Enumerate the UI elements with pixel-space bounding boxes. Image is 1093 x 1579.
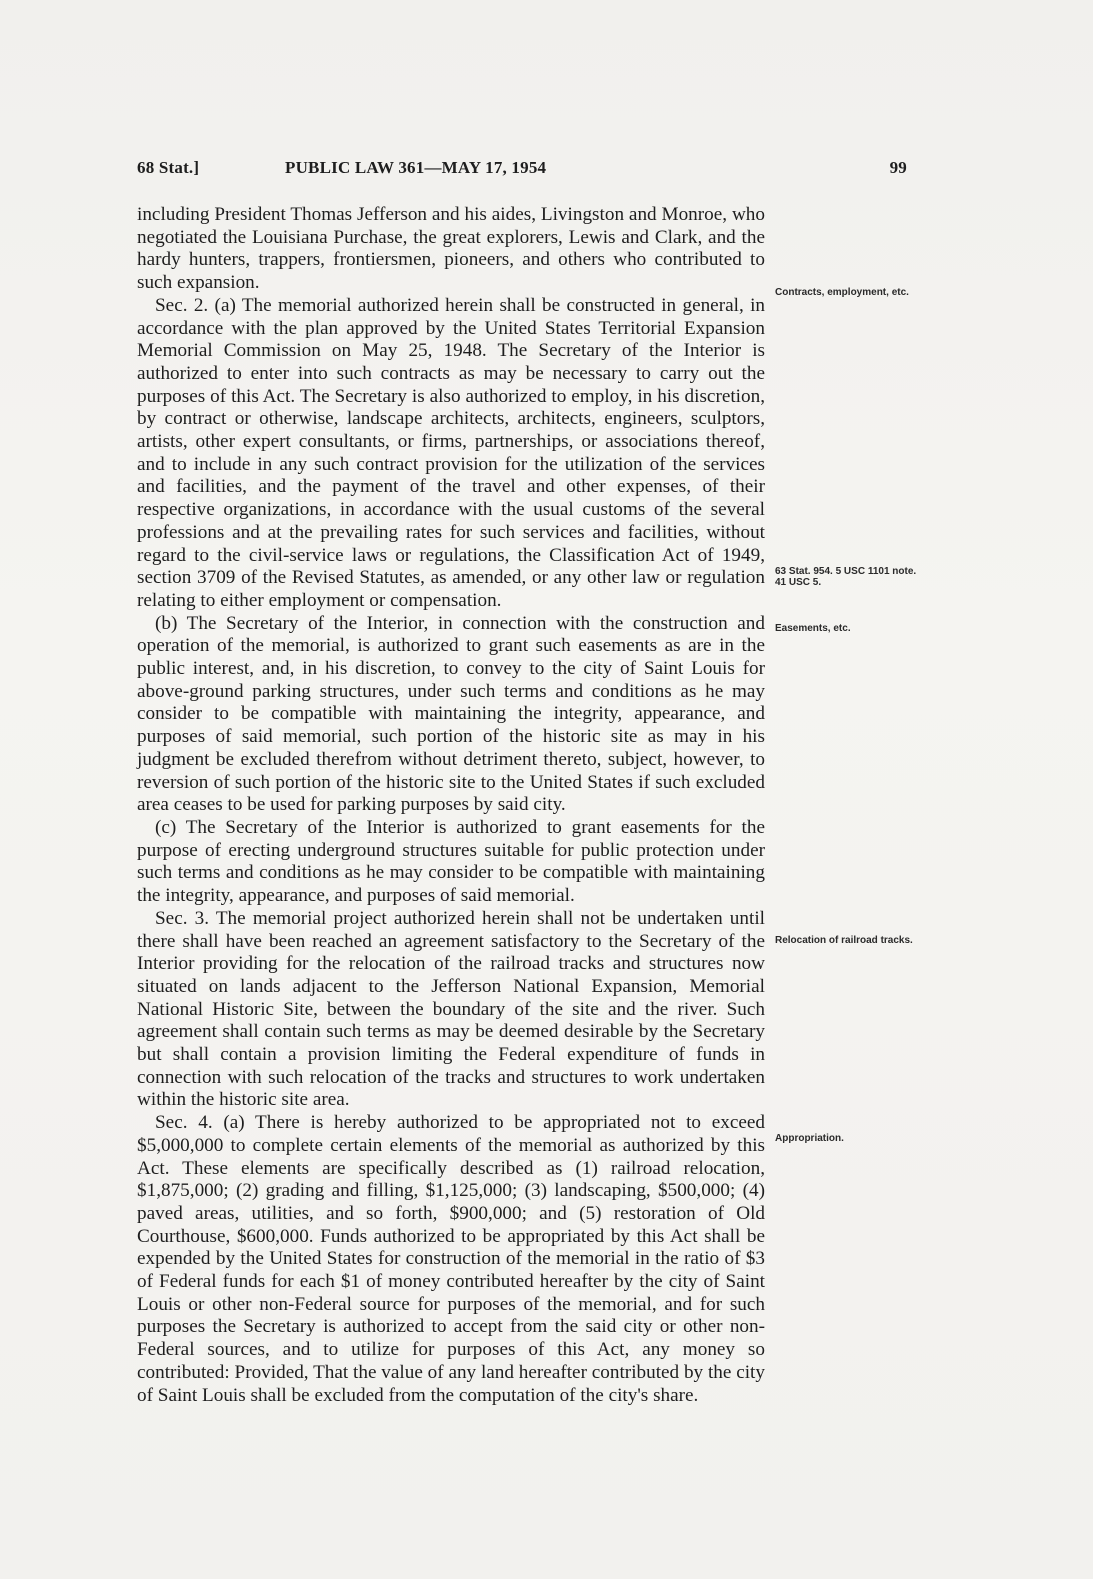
paragraph-sec-2b: (b) The Secretary of the Interior, in co…: [137, 613, 765, 817]
margin-note-relocation: Relocation of railroad tracks.: [775, 935, 925, 946]
body-text: including President Thomas Jefferson and…: [137, 204, 765, 1407]
statute-volume: 68 Stat.]: [137, 158, 199, 178]
margin-note-citations: 63 Stat. 954. 5 USC 1101 note. 41 USC 5.: [775, 566, 925, 588]
paragraph: including President Thomas Jefferson and…: [137, 204, 765, 295]
paragraph-sec-2c: (c) The Secretary of the Interior is aut…: [137, 817, 765, 908]
margin-note-contracts: Contracts, employment, etc.: [775, 287, 925, 298]
paragraph-sec-3: Sec. 3. The memorial project authorized …: [137, 908, 765, 1112]
margin-note-appropriation: Appropriation.: [775, 1133, 925, 1144]
law-title: PUBLIC LAW 361—MAY 17, 1954: [285, 158, 546, 178]
margin-note-easements: Easements, etc.: [775, 623, 925, 634]
page-number: 99: [890, 158, 907, 178]
paragraph-sec-4a: Sec. 4. (a) There is hereby authorized t…: [137, 1112, 765, 1407]
paragraph-sec-2a: Sec. 2. (a) The memorial authorized here…: [137, 295, 765, 613]
document-page: 68 Stat.] PUBLIC LAW 361—MAY 17, 1954 99…: [0, 0, 1093, 1579]
